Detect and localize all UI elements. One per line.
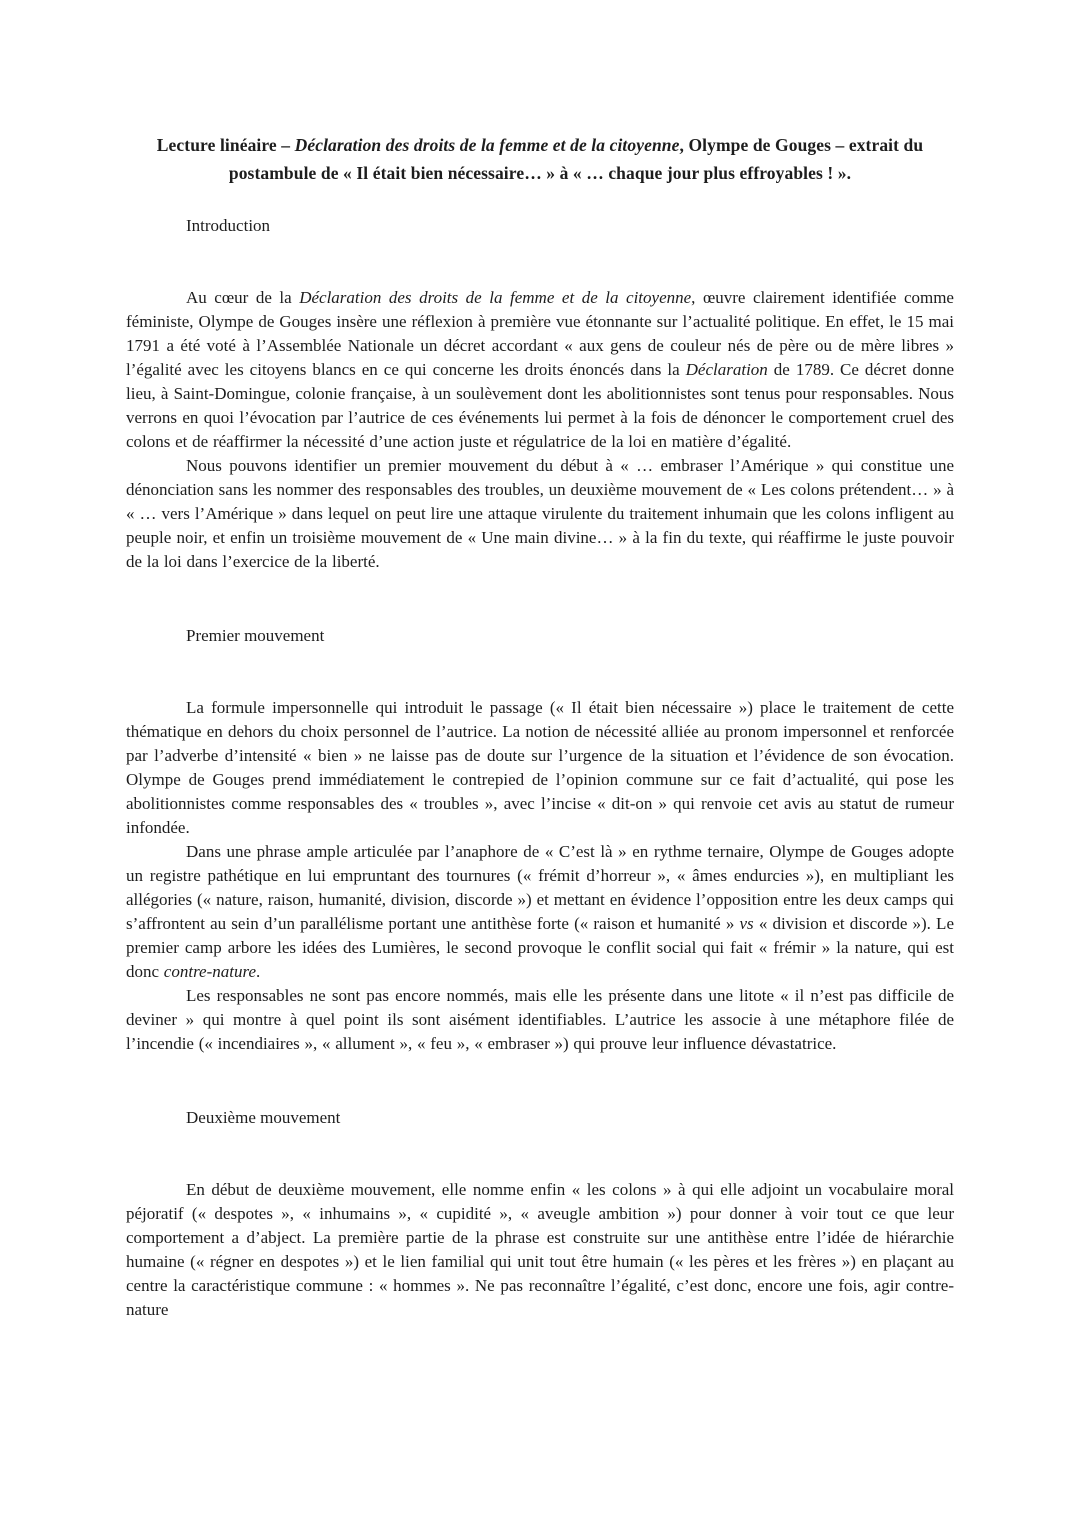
italic-text-run: vs (740, 914, 754, 933)
paragraph: Nous pouvons identifier un premier mouve… (126, 454, 954, 574)
italic-text-run: Déclaration (686, 360, 768, 379)
text-run: Les responsables ne sont pas encore nomm… (126, 986, 954, 1053)
title-prefix: Lecture linéaire – (157, 135, 295, 155)
italic-text-run: contre-nature (164, 962, 256, 981)
text-run: La formule impersonnelle qui introduit l… (126, 698, 954, 837)
paragraph: Les responsables ne sont pas encore nomm… (126, 984, 954, 1056)
section-heading: Premier mouvement (126, 624, 954, 648)
text-run: En début de deuxième mouvement, elle nom… (126, 1180, 954, 1319)
paragraph: En début de deuxième mouvement, elle nom… (126, 1178, 954, 1322)
paragraph: Dans une phrase ample articulée par l’an… (126, 840, 954, 984)
document-page: Lecture linéaire – Déclaration des droit… (0, 0, 1080, 1528)
text-run: Nous pouvons identifier un premier mouve… (126, 456, 954, 571)
title-work-name: Déclaration des droits de la femme et de… (295, 135, 680, 155)
italic-text-run: Déclaration des droits de la femme et de… (299, 288, 691, 307)
paragraph: Au cœur de la Déclaration des droits de … (126, 286, 954, 454)
section-heading: Deuxième mouvement (126, 1106, 954, 1130)
text-run: . (256, 962, 260, 981)
paragraph: La formule impersonnelle qui introduit l… (126, 696, 954, 840)
text-run: Au cœur de la (186, 288, 299, 307)
section-heading: Introduction (126, 214, 954, 238)
document-title: Lecture linéaire – Déclaration des droit… (126, 131, 954, 187)
document-body: IntroductionAu cœur de la Déclaration de… (126, 214, 954, 1322)
